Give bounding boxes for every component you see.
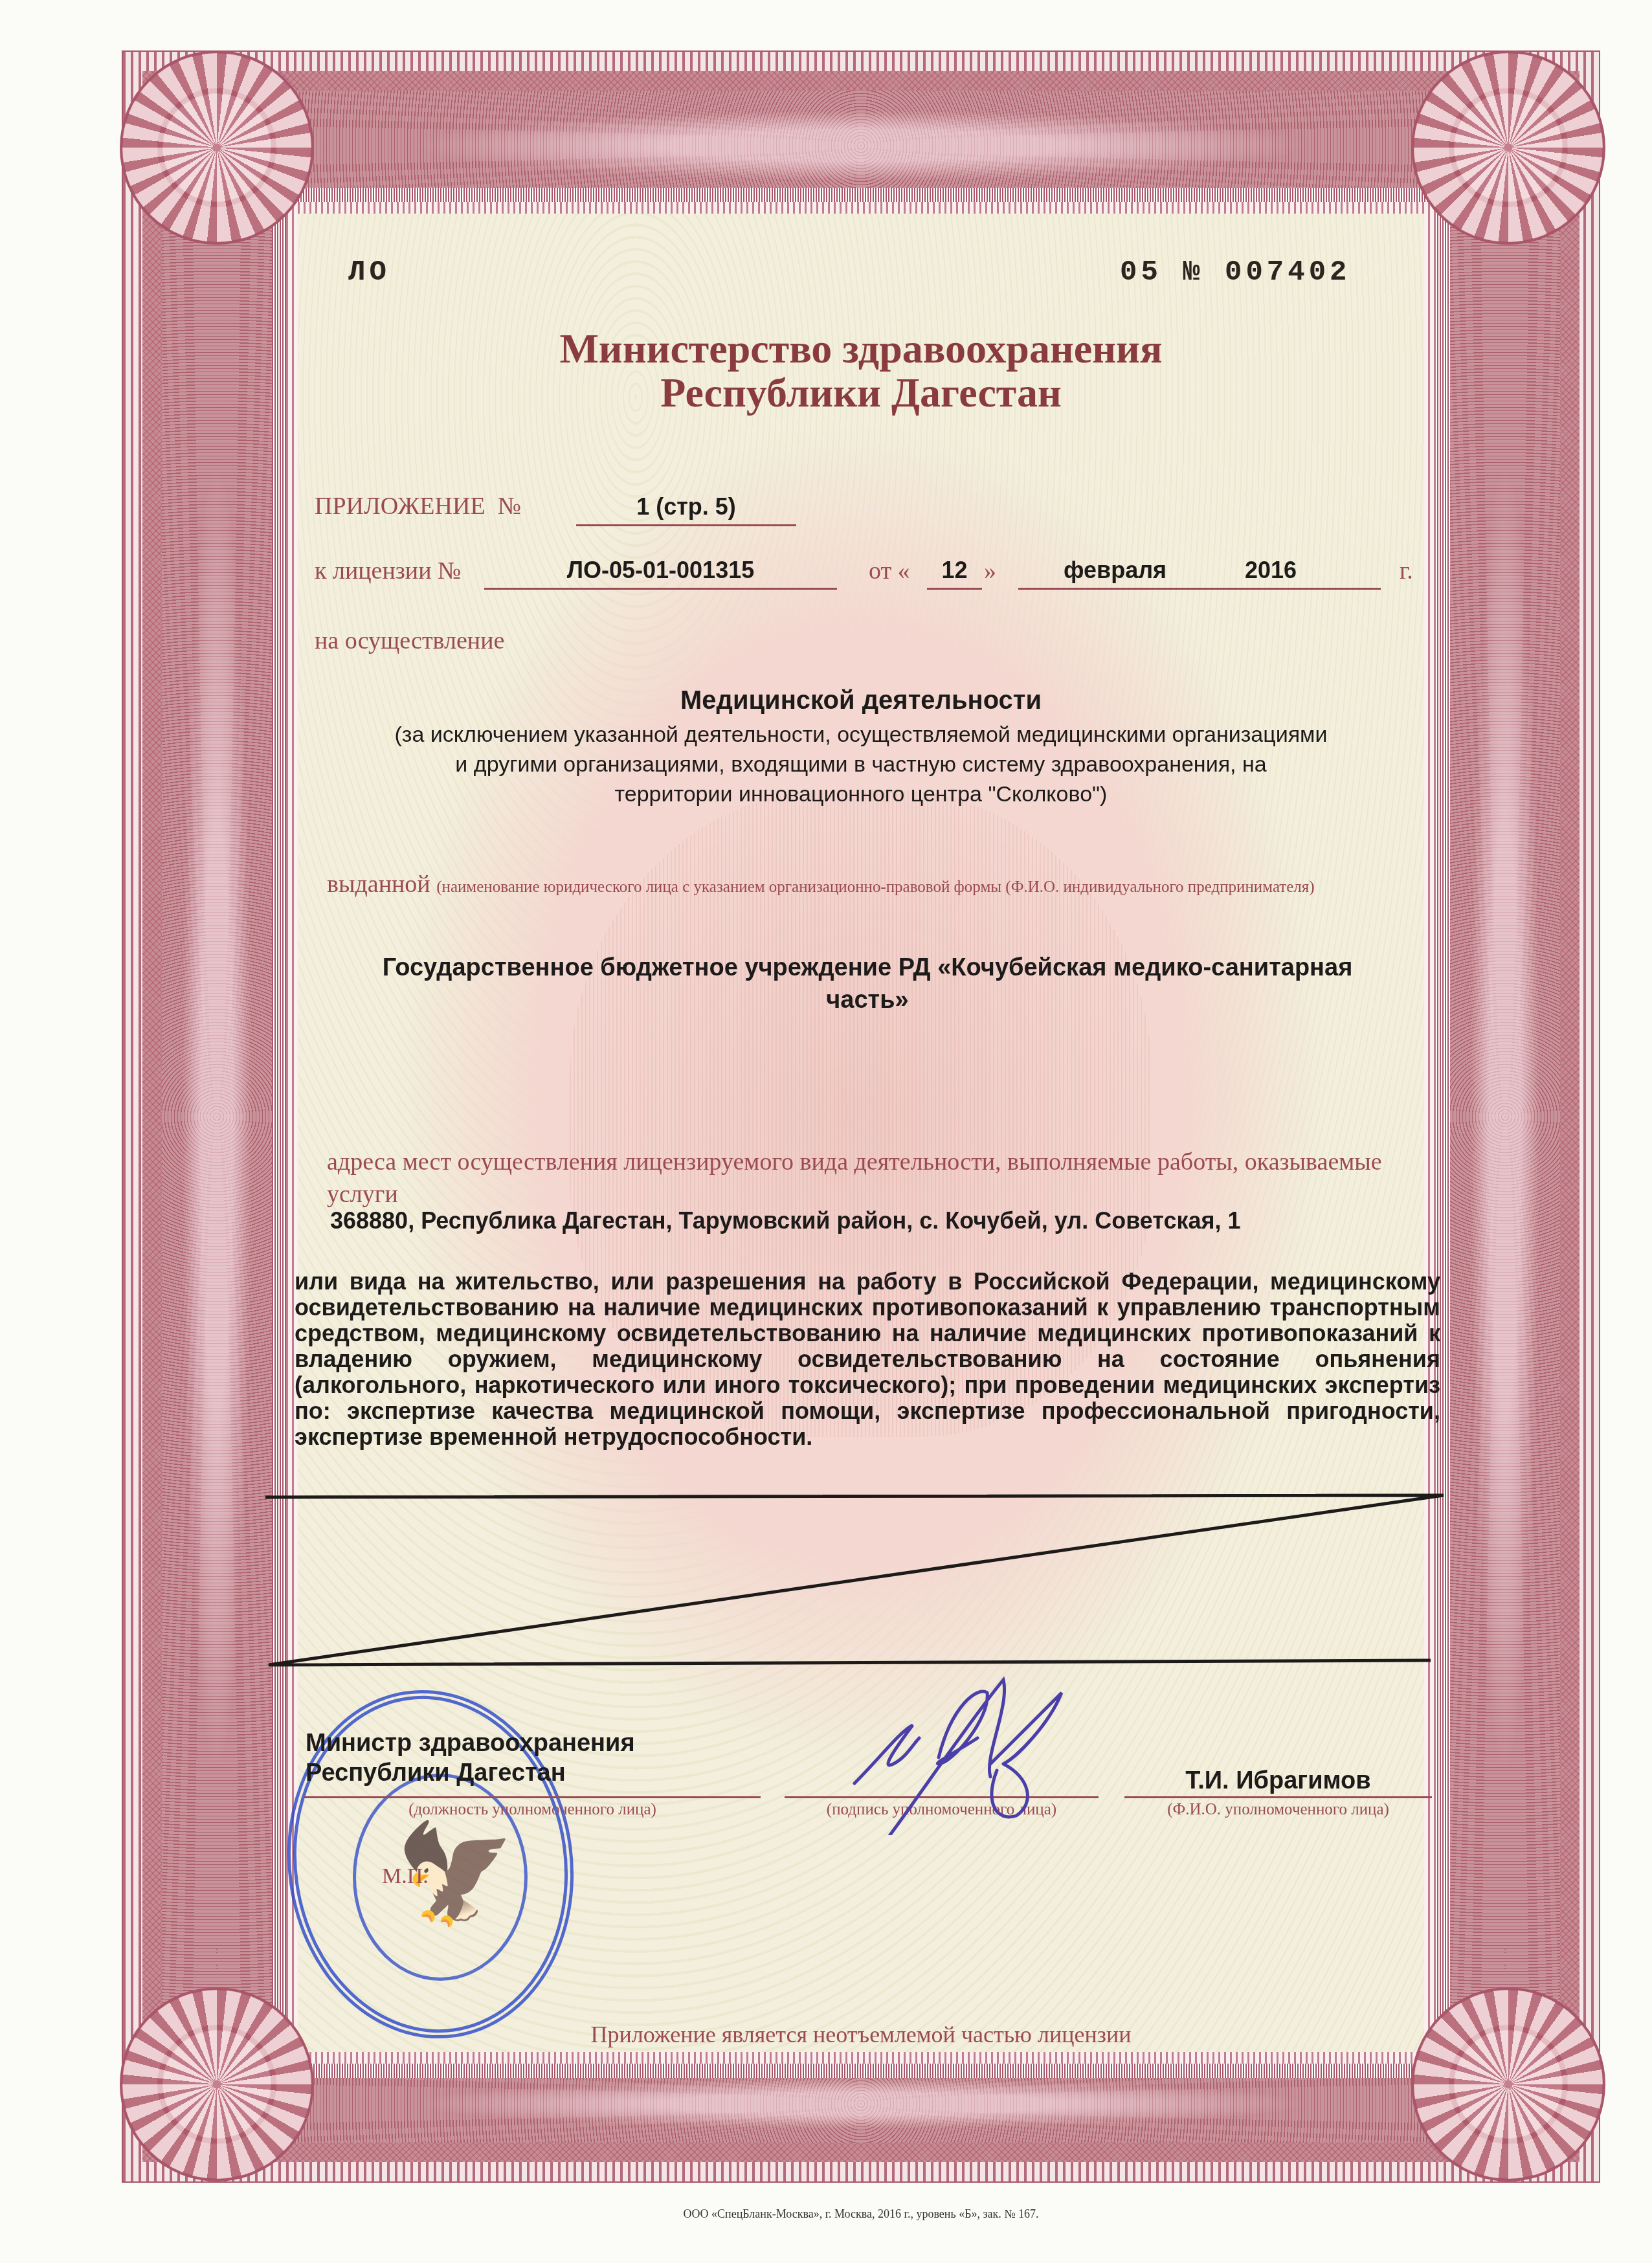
signatory-name: Т.И. Ибрагимов <box>1124 1767 1432 1795</box>
signatory-position-line: Министр здравоохранения <box>306 1728 635 1758</box>
printer-imprint: ООО «СпецБланк-Москва», г. Москва, 2016 … <box>298 2207 1424 2221</box>
appendix-footer-note: Приложение является неотъемлемой частью … <box>298 2021 1424 2048</box>
signatory-position-line: Республики Дагестан <box>306 1758 635 1788</box>
blank-space-z-line <box>0 0 1652 2263</box>
name-caption: (Ф.И.О. уполномоченного лица) <box>1124 1801 1432 1819</box>
signatory-position: Министр здравоохранения Республики Дагес… <box>306 1728 635 1788</box>
name-underline <box>1124 1796 1432 1798</box>
position-underline <box>304 1796 761 1798</box>
handwritten-signature-icon <box>842 1667 1088 1835</box>
seal-place-label: М.П. <box>382 1864 429 1889</box>
position-caption: (должность уполномоченного лица) <box>304 1801 761 1819</box>
